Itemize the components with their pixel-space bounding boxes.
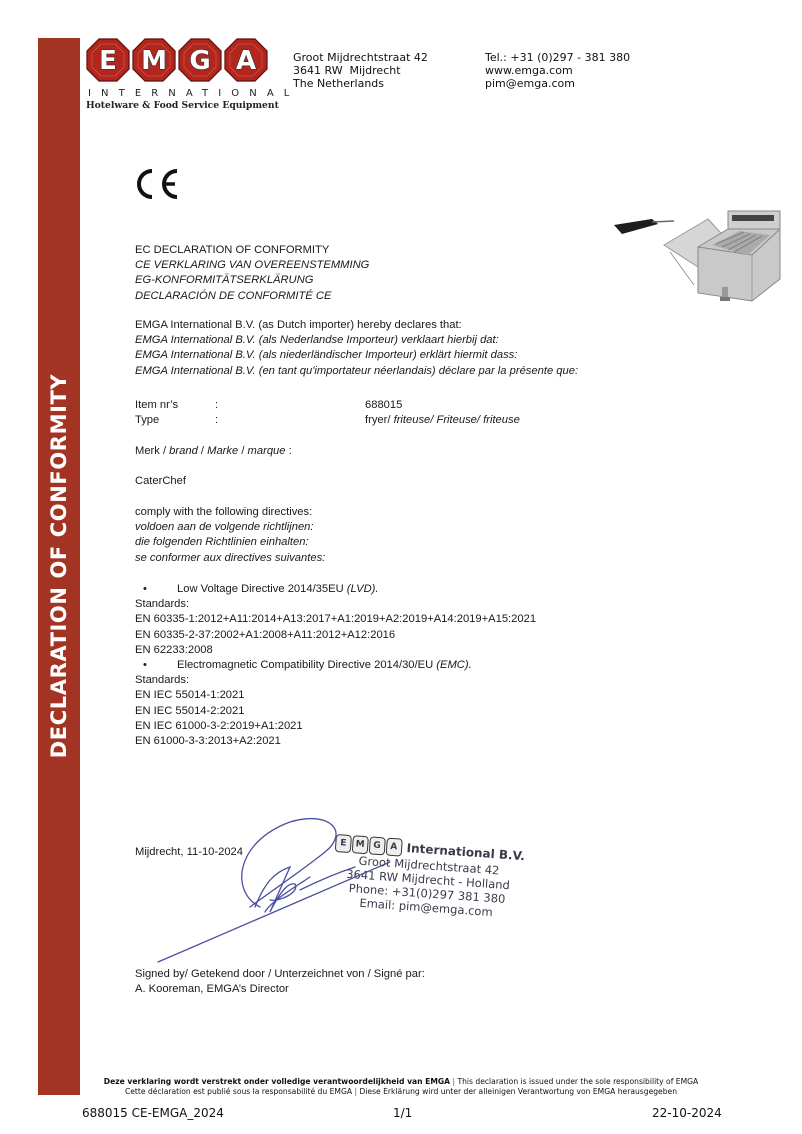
ce-mark-icon — [137, 168, 185, 200]
standards-label: Standards: — [135, 597, 536, 612]
logo-letter-octagon: E — [86, 38, 130, 82]
standard-item: EN 62233:2008 — [135, 643, 536, 658]
address-line: The Netherlands — [293, 77, 428, 90]
title-de: EG-KONFORMITÄTSERKLÄRUNG — [135, 273, 369, 288]
responsibility-line-2: Cette déclaration est publié sous la res… — [0, 1087, 802, 1097]
standard-item: EN 61000-3-3:2013+A2:2021 — [135, 734, 536, 749]
signature-icon — [150, 812, 390, 972]
logo-letter-octagon: A — [224, 38, 268, 82]
separator: : — [215, 413, 365, 428]
note-de: Diese Erklärung wird unter der alleinige… — [359, 1087, 677, 1096]
brand-label-fr: marque — [244, 445, 285, 457]
logo-tagline: Hotelware & Food Service Equipment — [86, 100, 272, 111]
directive-name-text: Low Voltage Directive 2014/35EU — [177, 583, 347, 595]
company-contact: Tel.: +31 (0)297 - 381 380 www.emga.com … — [485, 51, 630, 90]
address-line: 3641 RW Mijdrecht — [293, 64, 428, 77]
svg-text:M: M — [141, 46, 167, 76]
document-date: 22-10-2024 — [652, 1106, 722, 1120]
comply-fr: se conformer aux directives suivantes: — [135, 551, 325, 566]
declares-fr: EMGA International B.V. (en tant qu'impo… — [135, 364, 578, 379]
item-number-label: Item nr’s — [135, 398, 215, 413]
brand-label-en: brand — [166, 445, 201, 457]
comply-de: die folgenden Richtlinien einhalten: — [135, 535, 325, 550]
directive-name-text: Electromagnetic Compatibility Directive … — [177, 659, 436, 671]
brand-label-nl: Merk / — [135, 445, 166, 457]
standard-item: EN IEC 61000-3-2:2019+A1:2021 — [135, 719, 536, 734]
comply-statement: comply with the following directives: vo… — [135, 505, 325, 566]
svg-text:G: G — [189, 46, 210, 76]
fryer-image — [612, 197, 790, 312]
product-details: Item nr’s : 688015 Type : fryer/ friteus… — [135, 398, 520, 428]
bullet-icon: • — [135, 582, 155, 597]
title-fr: DECLARACIÓN DE CONFORMITÉ CE — [135, 289, 369, 304]
directive-emc: • Electromagnetic Compatibility Directiv… — [135, 658, 536, 749]
comply-nl: voldoen aan de volgende richtlijnen: — [135, 520, 325, 535]
directive-lvd: • Low Voltage Directive 2014/35EU (LVD).… — [135, 582, 536, 658]
declares-en: EMGA International B.V. (as Dutch import… — [135, 318, 578, 333]
declaration-titles: EC DECLARATION OF CONFORMITY CE VERKLARI… — [135, 243, 369, 304]
type-label: Type — [135, 413, 215, 428]
declares-nl: EMGA International B.V. (als Nederlandse… — [135, 333, 578, 348]
logo-letter-octagon: G — [178, 38, 222, 82]
type-value-translations: friteuse/ Friteuse/ friteuse — [390, 414, 519, 426]
pipe-separator: | — [354, 1087, 357, 1096]
separator: : — [215, 398, 365, 413]
standard-item: EN IEC 55014-1:2021 — [135, 688, 536, 703]
email-link[interactable]: pim@emga.com — [485, 77, 630, 90]
standard-item: EN 60335-2-37:2002+A1:2008+A11:2012+A12:… — [135, 628, 536, 643]
colon: : — [286, 445, 292, 457]
brand-label: Merk / brand / Marke / marque : — [135, 444, 292, 459]
item-number-row: Item nr’s : 688015 — [135, 398, 520, 413]
directive-title: • Low Voltage Directive 2014/35EU (LVD). — [135, 582, 536, 597]
phone: Tel.: +31 (0)297 - 381 380 — [485, 51, 630, 64]
comply-en: comply with the following directives: — [135, 505, 325, 520]
bullet-icon: • — [135, 658, 155, 673]
pipe-separator: | — [452, 1077, 455, 1086]
note-fr: Cette déclaration est publié sous la res… — [125, 1087, 352, 1096]
note-nl: Deze verklaring wordt verstrekt onder vo… — [104, 1077, 450, 1086]
document-id: 688015 CE-EMGA_2024 — [82, 1106, 224, 1120]
website-link[interactable]: www.emga.com — [485, 64, 630, 77]
signatory: Signed by/ Getekend door / Unterzeichnet… — [135, 967, 425, 997]
logo-international: INTERNATIONAL — [86, 88, 272, 99]
page-number: 1/1 — [393, 1106, 412, 1120]
emga-logo: EMGA INTERNATIONAL Hotelware & Food Serv… — [86, 38, 272, 111]
signed-by-label: Signed by/ Getekend door / Unterzeichnet… — [135, 967, 425, 982]
declares-de: EMGA International B.V. (als niederländi… — [135, 348, 578, 363]
standard-item: EN 60335-1:2012+A11:2014+A13:2017+A1:201… — [135, 612, 536, 627]
directive-name: Low Voltage Directive 2014/35EU (LVD). — [155, 583, 379, 595]
type-value: fryer/ friteuse/ Friteuse/ friteuse — [365, 413, 520, 428]
svg-text:A: A — [236, 46, 256, 76]
directive-abbr: (LVD). — [347, 583, 379, 595]
title-en: EC DECLARATION OF CONFORMITY — [135, 243, 369, 258]
svg-text:E: E — [99, 46, 117, 76]
sidebar-title: DECLARATION OF CONFORMITY — [47, 374, 71, 758]
type-row: Type : fryer/ friteuse/ Friteuse/ friteu… — [135, 413, 520, 428]
company-address: Groot Mijdrechtstraat 42 3641 RW Mijdrec… — [293, 51, 428, 90]
directive-name: Electromagnetic Compatibility Directive … — [155, 659, 472, 671]
logo-letters: EMGA — [86, 38, 272, 82]
title-nl: CE VERKLARING VAN OVEREENSTEMMING — [135, 258, 369, 273]
signatory-name: A. Kooreman, EMGA’s Director — [135, 982, 425, 997]
responsibility-note: Deze verklaring wordt verstrekt onder vo… — [0, 1077, 802, 1097]
declaration-statement: EMGA International B.V. (as Dutch import… — [135, 318, 578, 379]
directive-abbr: (EMC). — [436, 659, 471, 671]
directive-title: • Electromagnetic Compatibility Directiv… — [135, 658, 536, 673]
standards-label: Standards: — [135, 673, 536, 688]
standard-item: EN IEC 55014-2:2021 — [135, 704, 536, 719]
logo-letter-octagon: M — [132, 38, 176, 82]
address-line: Groot Mijdrechtstraat 42 — [293, 51, 428, 64]
type-value-en: fryer/ — [365, 414, 390, 426]
item-number-value: 688015 — [365, 398, 402, 413]
directives-list: • Low Voltage Directive 2014/35EU (LVD).… — [135, 582, 536, 749]
brand-value: CaterChef — [135, 474, 186, 489]
responsibility-line-1: Deze verklaring wordt verstrekt onder vo… — [0, 1077, 802, 1087]
brand-label-de: Marke — [204, 445, 241, 457]
note-en: This declaration is issued under the sol… — [457, 1077, 698, 1086]
